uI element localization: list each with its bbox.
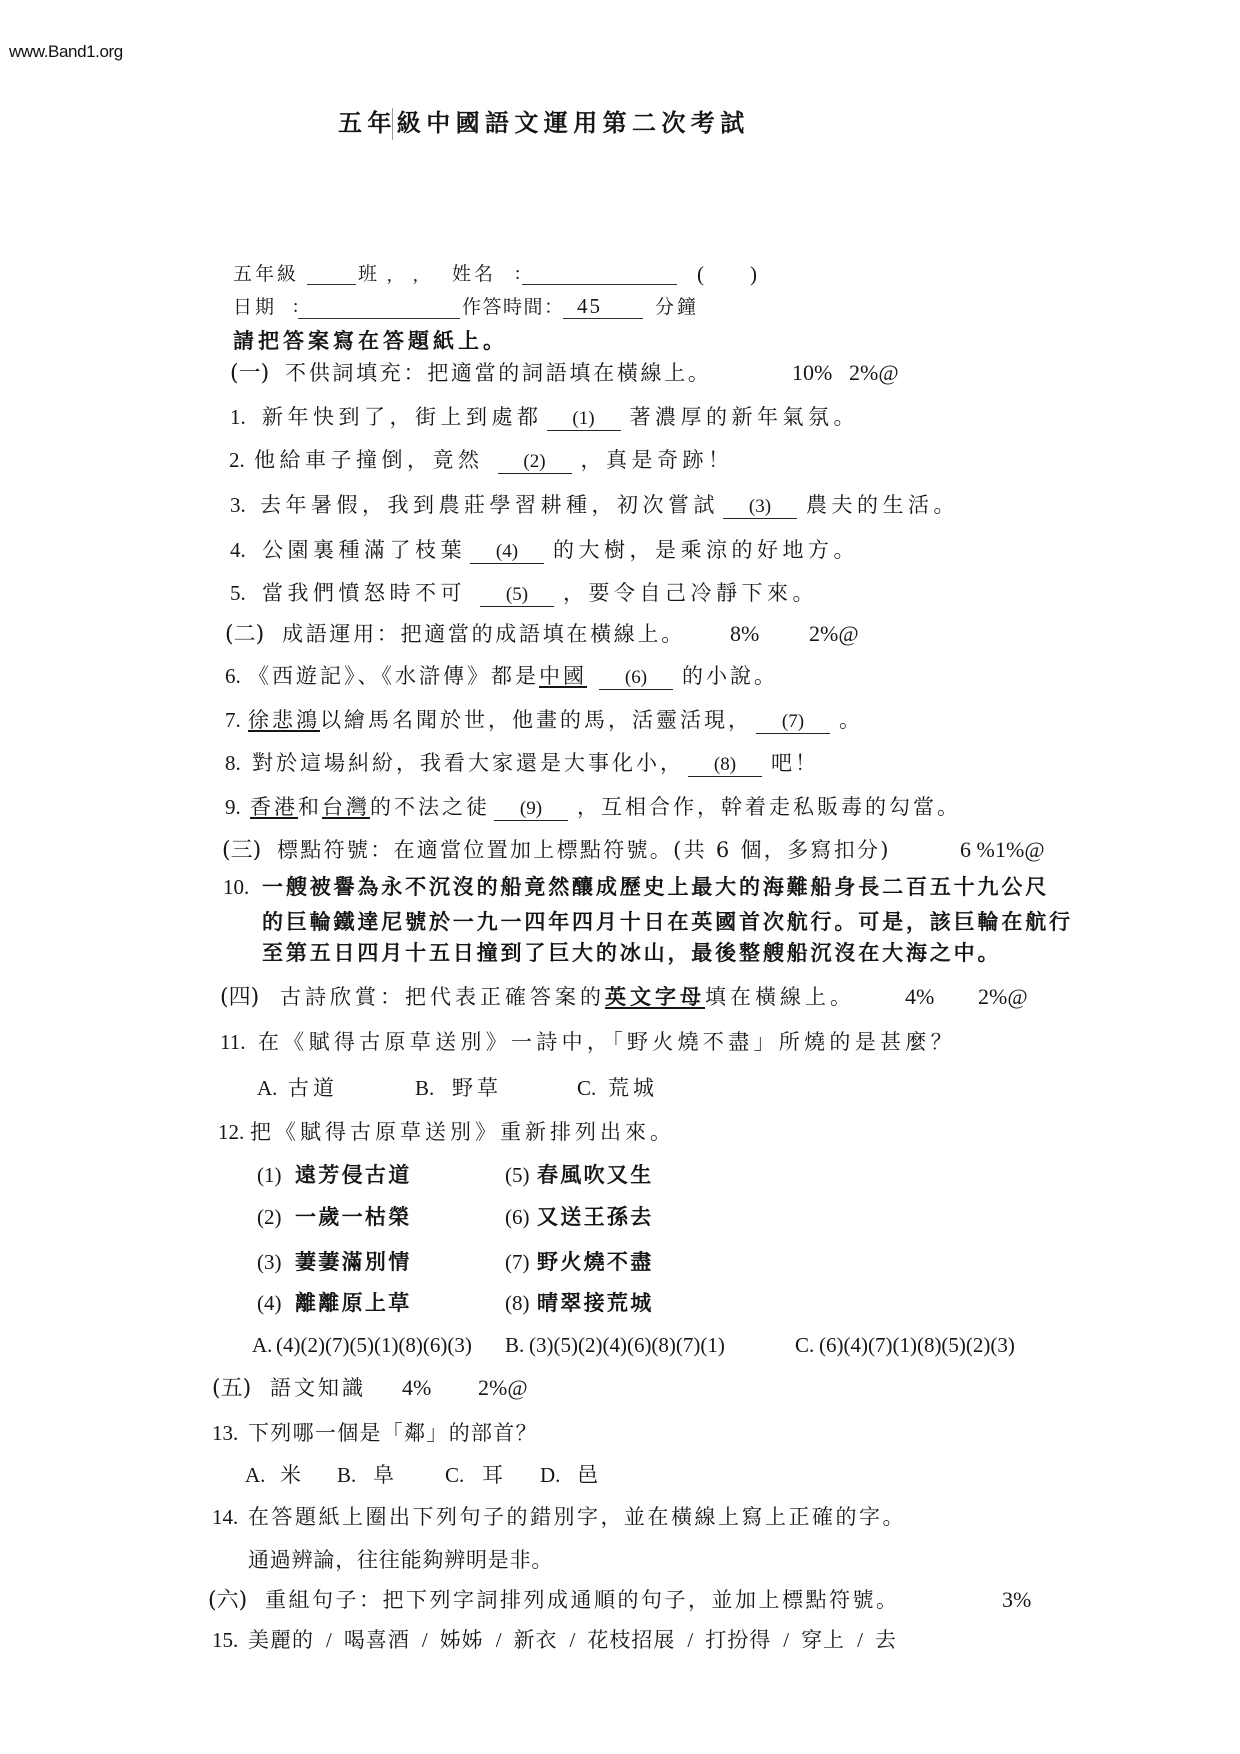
- answer-blank: (1): [547, 408, 621, 431]
- section-title-emphasis: 英文字母: [605, 984, 705, 1009]
- stray-mark: ,: [387, 263, 394, 289]
- question-number: 4.: [230, 536, 262, 564]
- line-text: 萋萋滿別情: [295, 1249, 412, 1274]
- answer-instruction: 請把答案寫在答題紙上。: [233, 328, 508, 354]
- proper-noun: 徐悲鴻: [248, 708, 320, 732]
- answer-blank: (8): [688, 754, 762, 777]
- question-14: 14.在答題紙上圈出下列句子的錯別字，並在橫線上寫上正確的字。: [212, 1503, 906, 1531]
- line-text: 離離原上草: [295, 1290, 412, 1315]
- question-text: 公園裏種滿了枝葉: [262, 538, 466, 562]
- question-text: 對於這場糾紛，我看大家還是大事化小，: [252, 751, 684, 775]
- separator: /: [570, 1628, 576, 1652]
- poem-line: (1)遠芳侵古道: [257, 1161, 412, 1189]
- word-tile: 穿上: [801, 1628, 845, 1652]
- question-1: 1.新年快到了，街上到處都(1)著濃厚的新年氣氛。: [230, 403, 859, 431]
- section-4-header: (四)古詩欣賞：把代表正確答案的英文字母填在橫線上。: [220, 983, 855, 1012]
- question-number: 9.: [225, 793, 250, 821]
- poem-line: (3)萋萋滿別情: [257, 1248, 412, 1276]
- proper-noun: 中國: [539, 664, 587, 688]
- question-text: 吧！: [771, 751, 819, 775]
- word-tile: 美麗的: [248, 1628, 314, 1652]
- line-text: 春風吹又生: [537, 1162, 654, 1187]
- section-title: 不供詞填充：把適當的詞語填在橫線上。: [285, 361, 712, 385]
- line-key: (6): [505, 1203, 537, 1231]
- question-number: 6.: [225, 662, 248, 690]
- line-text: 野火燒不盡: [537, 1249, 654, 1274]
- time-label: 作答時間：: [462, 294, 565, 320]
- word-tile: 姊姊: [440, 1628, 484, 1652]
- question-number: 1.: [230, 403, 262, 431]
- poem-line: (4)離離原上草: [257, 1289, 412, 1317]
- line-key: (5): [505, 1161, 537, 1189]
- word-tile: 花枝招展: [587, 1628, 675, 1652]
- option-value: 荒城: [608, 1076, 658, 1100]
- option-key: C.: [795, 1331, 819, 1359]
- question-text: 著濃厚的新年氣氛。: [630, 405, 860, 429]
- option-key: C.: [577, 1074, 608, 1102]
- question-15: 15.美麗的/喝喜酒/姊姊/新衣/花枝招展/打扮得/穿上/去: [212, 1626, 897, 1654]
- section-number: (三): [222, 837, 277, 865]
- section-title: 標點符號：在適當位置加上標點符號。(共 6 個，多寫扣分): [277, 838, 891, 862]
- question-text: 在答題紙上圈出下列句子的錯別字，並在橫線上寫上正確的字。: [248, 1505, 906, 1529]
- time-unit: 分鐘: [655, 294, 699, 320]
- question-13: 13.下列哪一個是「鄰」的部首？: [212, 1419, 538, 1447]
- question-text: 農夫的生活。: [806, 493, 959, 517]
- option-key: B.: [337, 1461, 373, 1489]
- stray-mark: ,: [413, 263, 420, 289]
- option-value: (6)(4)(7)(1)(8)(5)(2)(3): [819, 1333, 1015, 1357]
- question-text: 《西遊記》、《水滸傳》都是: [248, 664, 539, 688]
- line-key: (2): [257, 1203, 295, 1231]
- word-tile: 喝喜酒: [344, 1628, 410, 1652]
- question-text: 在《賦得古原草送別》一詩中，「野火燒不盡」所燒的是甚麼？: [258, 1030, 956, 1054]
- option-c: C.荒城: [577, 1074, 658, 1102]
- date-blank: [298, 318, 460, 319]
- class-number-close: ): [750, 261, 759, 287]
- exam-title: 五年級中國語文運用第二次考試: [338, 108, 750, 138]
- question-number: 15.: [212, 1626, 248, 1654]
- time-underline: [563, 318, 643, 319]
- option-c: C.耳: [445, 1461, 507, 1489]
- marks-per-question: 2%@: [809, 620, 859, 648]
- separator: /: [422, 1628, 428, 1652]
- section-marks: 4%: [402, 1374, 431, 1402]
- question-text: 。: [839, 708, 863, 732]
- question-text: 的小說。: [682, 664, 778, 688]
- date-colon: :: [293, 294, 300, 320]
- option-b: B.(3)(5)(2)(4)(6)(8)(7)(1): [505, 1331, 725, 1359]
- question-8: 8.對於這場糾紛，我看大家還是大事化小，(8)吧！: [225, 749, 819, 777]
- question-number: 8.: [225, 749, 252, 777]
- answer-blank: (9): [494, 798, 568, 821]
- answer-blank: (2): [498, 451, 572, 474]
- word-tile: 新衣: [514, 1628, 558, 1652]
- line-key: (7): [505, 1248, 537, 1276]
- question-number: 3.: [230, 491, 260, 519]
- line-key: (8): [505, 1289, 537, 1317]
- passage-line: 一艘被譽為永不沉沒的船竟然釀成歷史上最大的海難船身長二百五十九公尺: [262, 874, 1049, 899]
- section-title: 填在橫線上。: [705, 985, 855, 1009]
- option-key: B.: [415, 1074, 452, 1102]
- option-a: A.古道: [257, 1074, 338, 1102]
- line-key: (1): [257, 1161, 295, 1189]
- proper-noun: 台灣: [322, 795, 370, 819]
- question-2: 2.他給車子撞倒，竟然(2)，真是奇跡！: [229, 446, 734, 474]
- passage-line: 至第五日四月十五日撞到了巨大的冰山，最後整艘船沉沒在大海之中。: [262, 939, 1001, 967]
- line-text: 晴翠接荒城: [537, 1290, 654, 1315]
- option-value: 米: [280, 1463, 305, 1487]
- name-label: 姓名: [452, 261, 496, 287]
- section-number: (一): [230, 360, 285, 388]
- section-number: (六): [208, 1587, 265, 1615]
- section-marks: 8%: [730, 620, 759, 648]
- question-text: 去年暑假，我到農莊學習耕種，初次嘗試: [260, 493, 719, 517]
- question-text: 他給車子撞倒，竟然: [254, 448, 484, 472]
- poem-line: (7)野火燒不盡: [505, 1248, 654, 1276]
- question-text: 以繪馬名聞於世，他畫的馬，活靈活現，: [320, 708, 752, 732]
- question-text: ，要令自己冷靜下來。: [563, 581, 818, 605]
- option-value: 耳: [482, 1463, 507, 1487]
- date-label: 日期: [233, 294, 277, 320]
- answer-blank: (5): [480, 584, 554, 607]
- line-key: (3): [257, 1248, 295, 1276]
- option-value: (3)(5)(2)(4)(6)(8)(7)(1): [529, 1333, 725, 1357]
- option-a: A.(4)(2)(7)(5)(1)(8)(6)(3): [252, 1331, 472, 1359]
- question-11: 11.在《賦得古原草送別》一詩中，「野火燒不盡」所燒的是甚麼？: [220, 1028, 956, 1056]
- line-key: (4): [257, 1289, 295, 1317]
- word-tile: 去: [875, 1628, 897, 1652]
- option-key: D.: [540, 1461, 577, 1489]
- option-key: A.: [257, 1074, 288, 1102]
- separator: /: [687, 1628, 693, 1652]
- class-label: 班: [358, 261, 379, 287]
- time-value: 45: [577, 293, 602, 319]
- question-text: 新年快到了，街上到處都: [262, 405, 543, 429]
- class-blank: [307, 284, 356, 285]
- line-text: 一歲一枯榮: [295, 1204, 412, 1229]
- section-marks: 6 %: [960, 836, 995, 864]
- line-text: 遠芳侵古道: [295, 1162, 412, 1187]
- question-text: ，真是奇跡！: [581, 448, 734, 472]
- option-value: 古道: [288, 1076, 338, 1100]
- section-1-header: (一)不供詞填充：把適當的詞語填在橫線上。: [230, 359, 712, 388]
- question-text: 的不法之徒: [370, 795, 490, 819]
- option-value: 阜: [373, 1463, 398, 1487]
- question-4: 4.公園裏種滿了枝葉(4)的大樹，是乘涼的好地方。: [230, 536, 859, 564]
- line-text: 又送王孫去: [537, 1204, 654, 1229]
- section-number: (五): [212, 1375, 270, 1403]
- option-b: B.野草: [415, 1074, 502, 1102]
- question-text: 的大樹，是乘涼的好地方。: [553, 538, 859, 562]
- section-title: 成語運用：把適當的成語填在橫線上。: [282, 622, 685, 646]
- section-3-header: (三)標點符號：在適當位置加上標點符號。(共 6 個，多寫扣分): [222, 836, 891, 865]
- option-c: C.(6)(4)(7)(1)(8)(5)(2)(3): [795, 1331, 1015, 1359]
- question-text: ，互相合作，幹着走私販毒的勾當。: [577, 795, 961, 819]
- separator: /: [326, 1628, 332, 1652]
- word-tile: 打扮得: [705, 1628, 771, 1652]
- question-number: 2.: [229, 446, 254, 474]
- question-number: 11.: [220, 1028, 258, 1056]
- separator: /: [783, 1628, 789, 1652]
- question-6: 6.《西遊記》、《水滸傳》都是中國(6)的小說。: [225, 662, 778, 690]
- marks-per-question: 2%@: [478, 1374, 528, 1402]
- question-5: 5.當我們憤怒時不可(5)，要令自己冷靜下來。: [230, 579, 818, 607]
- option-d: D.邑: [540, 1461, 602, 1489]
- section-title: 重組句子：把下列字詞排列成通順的句子，並加上標點符號。: [265, 1588, 900, 1612]
- question-number: 12.: [218, 1118, 250, 1146]
- option-value: 野草: [452, 1076, 502, 1100]
- question-7: 7.徐悲鴻以繪馬名聞於世，他畫的馬，活靈活現，(7)。: [225, 706, 863, 734]
- section-marks: 10%: [792, 359, 832, 387]
- section-5-header: (五)語文知識: [212, 1374, 366, 1403]
- answer-blank: (4): [470, 541, 544, 564]
- option-a: A.米: [245, 1461, 305, 1489]
- section-marks: 3%: [1002, 1586, 1031, 1614]
- section-number: (二): [225, 621, 282, 649]
- question-number: 14.: [212, 1503, 248, 1531]
- section-6-header: (六)重組句子：把下列字詞排列成通順的句子，並加上標點符號。: [208, 1586, 900, 1615]
- answer-blank: (6): [599, 667, 673, 690]
- separator: /: [857, 1628, 863, 1652]
- separator: /: [496, 1628, 502, 1652]
- question-number: 5.: [230, 579, 262, 607]
- section-marks: 4%: [905, 983, 934, 1011]
- section-title: 古詩欣賞：把代表正確答案的: [280, 985, 605, 1009]
- question-10: 10.一艘被譽為永不沉沒的船竟然釀成歷史上最大的海難船身長二百五十九公尺: [223, 873, 1049, 901]
- question-text: 和: [298, 795, 322, 819]
- question-3: 3.去年暑假，我到農莊學習耕種，初次嘗試(3)農夫的生活。: [230, 491, 959, 519]
- grade-label: 五年級: [233, 261, 299, 287]
- poem-line: (5)春風吹又生: [505, 1161, 654, 1189]
- marks-per-item: 1%@: [995, 836, 1045, 864]
- option-b: B.阜: [337, 1461, 398, 1489]
- marks-per-question: 2%@: [978, 983, 1028, 1011]
- option-value: (4)(2)(7)(5)(1)(8)(6)(3): [276, 1333, 472, 1357]
- option-key: A.: [245, 1461, 280, 1489]
- section-number: (四): [220, 984, 280, 1012]
- question-text: 把《賦得古原草送別》重新排列出來。: [250, 1120, 675, 1144]
- answer-blank: (7): [756, 711, 830, 734]
- proper-noun: 香港: [250, 795, 298, 819]
- class-number-open: (: [697, 261, 706, 287]
- question-text: 當我們憤怒時不可: [262, 581, 466, 605]
- poem-line: (2)一歲一枯榮: [257, 1203, 412, 1231]
- name-blank: [522, 284, 677, 285]
- question-number: 13.: [212, 1419, 248, 1447]
- section-title: 語文知識: [270, 1376, 366, 1400]
- option-value: 邑: [577, 1463, 602, 1487]
- error-sentence: 通過辨論，往往能夠辨明是非。: [248, 1546, 553, 1574]
- answer-blank: (3): [723, 496, 797, 519]
- site-watermark: www.Band1.org: [9, 42, 123, 62]
- section-2-header: (二)成語運用：把適當的成語填在橫線上。: [225, 620, 685, 649]
- marks-per-question: 2%@: [849, 359, 899, 387]
- question-9: 9.香港和台灣的不法之徒(9)，互相合作，幹着走私販毒的勾當。: [225, 793, 961, 821]
- passage-line: 的巨輪鐵達尼號於一九一四年四月十日在英國首次航行。可是，該巨輪在航行: [262, 908, 1073, 936]
- poem-line: (6)又送王孫去: [505, 1203, 654, 1231]
- question-number: 7.: [225, 706, 248, 734]
- option-key: A.: [252, 1331, 276, 1359]
- question-12: 12.把《賦得古原草送別》重新排列出來。: [218, 1118, 675, 1146]
- option-key: B.: [505, 1331, 529, 1359]
- poem-line: (8)晴翠接荒城: [505, 1289, 654, 1317]
- option-key: C.: [445, 1461, 482, 1489]
- question-text: 下列哪一個是「鄰」的部首？: [248, 1421, 538, 1445]
- question-number: 10.: [223, 873, 262, 901]
